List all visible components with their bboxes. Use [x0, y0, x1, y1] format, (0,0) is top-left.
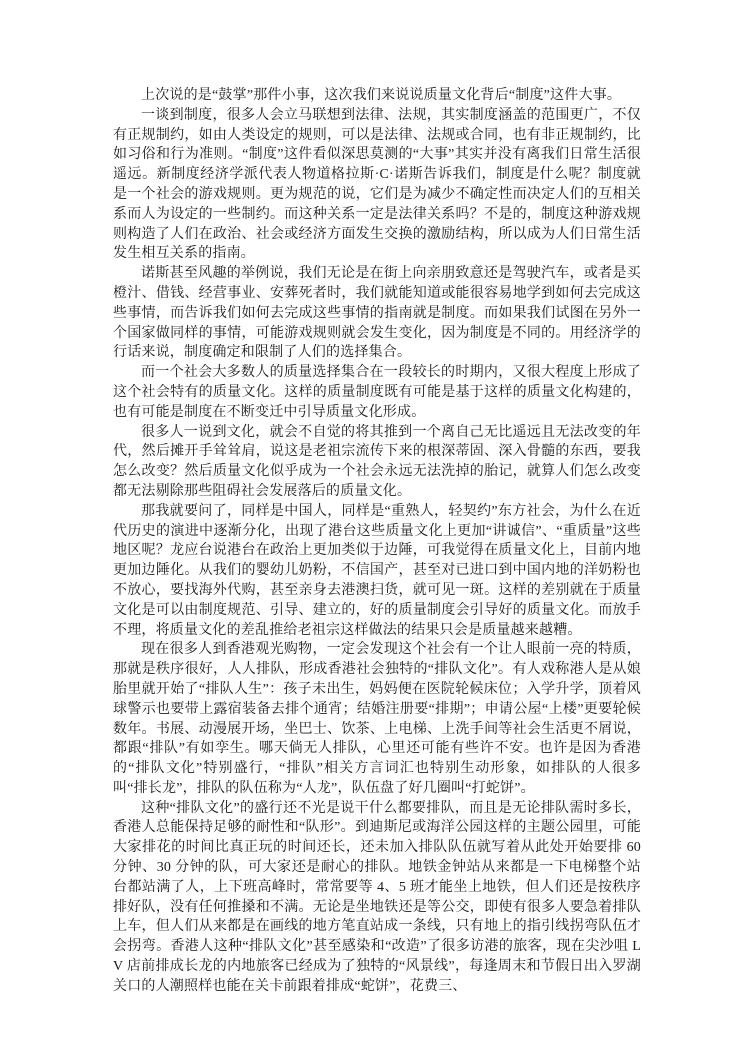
paragraph: 诺斯甚至风趣的举例说，我们无论是在街上向亲朋致意还是驾驶汽车，或者是买橙汁、借钱… — [113, 264, 641, 363]
document-page: 上次说的是“鼓掌”那件小事，这次我们来说说质量文化背后“制度”这件大事。一谈到制… — [0, 0, 750, 1061]
paragraph: 上次说的是“鼓掌”那件小事，这次我们来说说质量文化背后“制度”这件大事。 — [113, 86, 641, 106]
document-body: 上次说的是“鼓掌”那件小事，这次我们来说说质量文化背后“制度”这件大事。一谈到制… — [113, 86, 641, 997]
paragraph: 很多人一说到文化，就会不自觉的将其推到一个离自己无比遥远且无法改变的年代，然后摊… — [113, 423, 641, 502]
paragraph: 而一个社会大多数人的质量选择集合在一段较长的时期内，又很大程度上形成了这个社会特… — [113, 363, 641, 422]
paragraph: 一谈到制度，很多人会立马联想到法律、法规，其实制度涵盖的范围更广，不仅有正规制约… — [113, 106, 641, 264]
paragraph: 这种“排队文化”的盛行还不光是说干什么都要排队，而且是无论排队需时多长，香港人总… — [113, 799, 641, 997]
paragraph: 现在很多人到香港观光购物，一定会发现这个社会有一个让人眼前一亮的特质，那就是秩序… — [113, 640, 641, 798]
paragraph: 那我就要问了，同样是中国人，同样是“重熟人，轻契约”东方社会，为什么在近代历史的… — [113, 502, 641, 641]
